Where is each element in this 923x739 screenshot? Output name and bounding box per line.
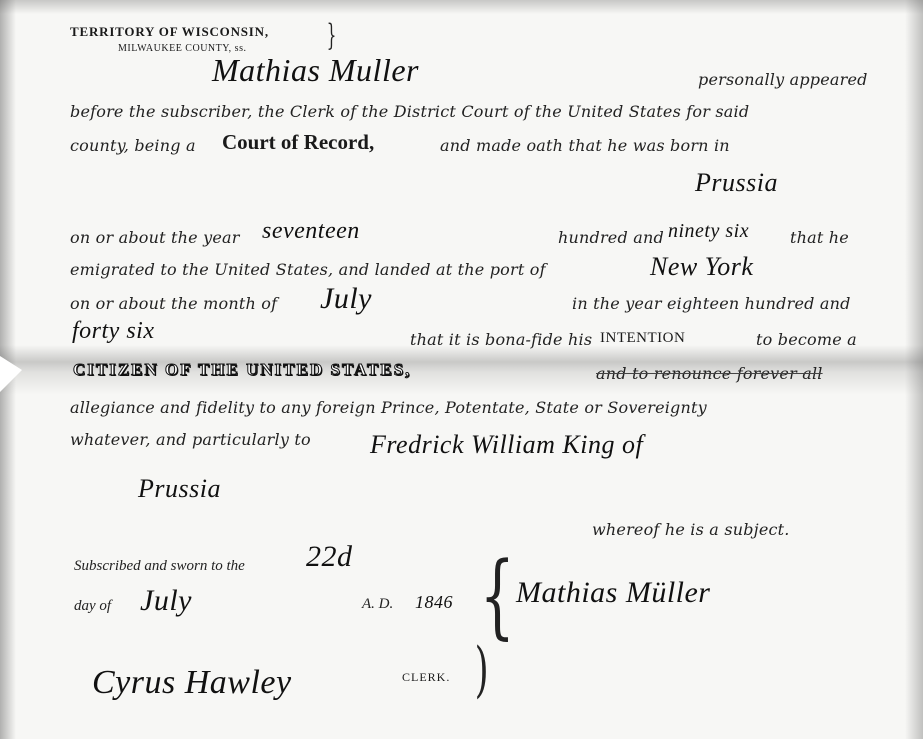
line6-text: emigrated to the United States, and land… bbox=[70, 260, 546, 279]
declarant-name-handwritten: Mathias Muller bbox=[212, 52, 419, 89]
clerk-signature: Cyrus Hawley bbox=[92, 664, 292, 702]
torn-edge-notch bbox=[0, 356, 22, 392]
line5-pre: on or about the year bbox=[70, 228, 240, 247]
line3-post: and made oath that he was born in bbox=[440, 136, 730, 155]
line7-post: in the year eighteen hundred and bbox=[572, 294, 851, 313]
clerk-label: CLERK. bbox=[402, 670, 450, 685]
declarant-signature: Mathias Müller bbox=[516, 576, 711, 610]
citizen-of-united-states: CITIZEN OF THE UNITED STATES, bbox=[73, 360, 411, 380]
clerk-brace: ) bbox=[475, 640, 489, 700]
oath-month-handwritten: July bbox=[140, 584, 192, 618]
ad-label: A. D. bbox=[362, 596, 393, 613]
birthplace-handwritten: Prussia bbox=[695, 168, 778, 198]
oath-day-handwritten: 22d bbox=[306, 540, 353, 574]
line7-pre: on or about the month of bbox=[70, 294, 277, 313]
line8-pre: that it is bona-fide his bbox=[410, 330, 592, 349]
court-of-record: Court of Record, bbox=[222, 130, 374, 155]
line11-pre: whatever, and particularly to bbox=[70, 430, 311, 449]
line5-post: that he bbox=[790, 228, 849, 247]
document-page: TERRITORY OF WISCONSIN, } MILWAUKEE COUN… bbox=[0, 0, 923, 739]
port-handwritten: New York bbox=[650, 252, 753, 282]
territory-heading: TERRITORY OF WISCONSIN, bbox=[70, 24, 269, 40]
header-brace: } bbox=[327, 18, 337, 53]
line3-pre: county, being a bbox=[70, 136, 196, 155]
line1-text: personally appeared bbox=[698, 70, 868, 89]
birth-century-handwritten: seventeen bbox=[262, 218, 360, 245]
emigration-month-handwritten: July bbox=[320, 282, 372, 316]
line5-mid: hundred and bbox=[558, 228, 664, 247]
subscribed-text: Subscribed and sworn to the bbox=[74, 558, 245, 575]
line10-text: allegiance and fidelity to any foreign P… bbox=[70, 398, 707, 417]
emigration-year-handwritten: forty six bbox=[72, 318, 155, 345]
line8-post: to become a bbox=[756, 330, 857, 349]
signature-brace: { bbox=[480, 550, 515, 642]
sovereign-handwritten: Fredrick William King of bbox=[370, 430, 643, 460]
line9-post: and to renounce forever all bbox=[596, 364, 823, 383]
intention-word: INTENTION bbox=[600, 330, 685, 347]
line13-text: whereof he is a subject. bbox=[592, 520, 790, 539]
subject-country-handwritten: Prussia bbox=[138, 474, 221, 504]
line2-text: before the subscriber, the Clerk of the … bbox=[70, 102, 749, 121]
birth-year-handwritten: ninety six bbox=[668, 220, 749, 243]
day-of-text: day of bbox=[74, 598, 111, 615]
oath-year-handwritten: 1846 bbox=[415, 592, 453, 613]
